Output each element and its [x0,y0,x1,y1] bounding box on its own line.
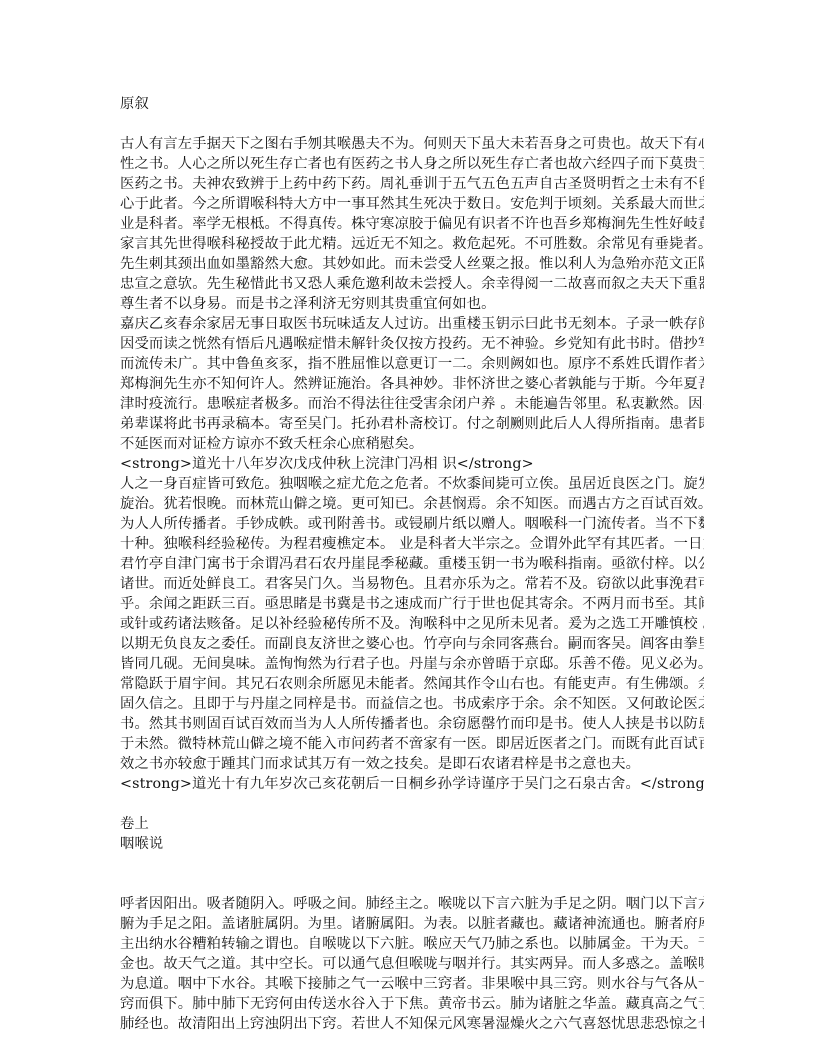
text-line: 不延医而对证检方谅亦不致夭枉余心庶稍慰矣。 [120,434,704,454]
text-line: 肺经也。故清阳出上窍浊阴出下窍。若世人不知保元风寒暑湿燥火之六气喜怒忧思悲恐惊之… [120,1014,704,1034]
text-line: 君竹亭自津门寓书于余谓冯君石农丹崖昆季秘藏。重楼玉钥一书为喉科指南。亟欲付梓。以… [120,554,704,574]
second-preface-paragraph: 人之一身百症皆可致危。独咽喉之症尤危之危者。不炊黍间毙可立俟。虽居近良医之门。旋… [120,474,704,774]
text-line: 业是科者。率学无根柢。不得真传。株守寒凉胶于偏见有识者不许也吾乡郑梅涧先生性好岐… [120,214,704,234]
text-line: 忠宣之意欤。先生秘惜此书又恐人乘危邀利故未尝授人。余幸得阅一二故喜而叙之夫天下重… [120,274,704,294]
text-line: 先生刺其颈出血如墨豁然大愈。其妙如此。而未尝受人丝粟之报。惟以利人为急殆亦范文正… [120,254,704,274]
text-line: 固久信之。且即于与丹崖之同梓是书。而益信之也。书成索序于余。余不知医。又何敢论医… [120,694,704,714]
text-line: 常隐跃于眉宇间。其兄石农则余所愿见未能者。然闻其作令山右也。有能吏声。有生佛颂。… [120,674,704,694]
spacer [120,794,704,814]
text-line: 腑为手足之阳。盖诸脏属阴。为里。诸腑属阳。为表。以脏者藏也。藏诸神流通也。腑者府… [120,914,704,934]
text-line: 古人有言左手据天下之图右手刎其喉愚夫不为。何则天下虽大未若吾身之可贵也。故天下有… [120,134,704,154]
text-line: 家言其先世得喉科秘授故于此尤精。远近无不知之。救危起死。不可胜数。余常见有垂毙者… [120,234,704,254]
text-line: 旋治。犹若恨晚。而林荒山僻之境。更可知已。余甚悯焉。余不知医。而遇古方之百试百效… [120,494,704,514]
text-line: 心于此者。今之所谓喉科特大方中一事耳然其生死决于数日。安危判于顷刻。关系最大而世… [120,194,704,214]
text-line: 津时疫流行。患喉症者极多。而治不得法往往受害余闭户养 。未能遍告邻里。私衷歉然。… [120,394,704,414]
text-line: 乎。余闻之距跃三百。亟思睹是书冀是书之速成而广行于世也促其寄余。不两月而书至。其… [120,594,704,614]
text-line: 郑梅涧先生亦不知何许人。然辨证施治。各具神妙。非怀济世之婆心者孰能与于斯。今年夏… [120,374,704,394]
text-line: 性之书。人心之所以死生存亡者也有医药之书人身之所以死生存亡者也故六经四子而下莫贵… [120,154,704,174]
text-line: 嘉庆乙亥春余家居无事日取医书玩味适友人过访。出重楼玉钥示曰此书无刻本。子录一帙存… [120,314,704,334]
text-line: 金也。故天气之道。其中空长。可以通气息但喉咙与咽并行。其实两异。而人多惑之。盖喉… [120,954,704,974]
text-line: 诸世。而近处鲜良工。君客吴门久。当易物色。且君亦乐为之。常若不及。窃欲以此事浼君… [120,574,704,594]
preface-paragraph: 古人有言左手据天下之图右手刎其喉愚夫不为。何则天下虽大未若吾身之可贵也。故天下有… [120,134,704,454]
text-line: 或针或药诸法赅备。足以补经验秘传所不及。洵喉科中之见所未见者。爰为之选工开雕慎校… [120,614,704,634]
text-line: 十种。独喉科经验秘传。为程君瘦樵定本。 业是科者大半宗之。佥谓外此罕有其匹者。一… [120,534,704,554]
chapter-paragraph: 呼者因阳出。吸者随阴入。呼吸之间。肺经主之。喉咙以下言六脏为手足之阴。咽门以下言… [120,894,704,1034]
text-line: 窍而俱下。肺中肺下无窍何由传送水谷入于下焦。黄帝书云。肺为诸脏之华盖。藏真高之气… [120,994,704,1014]
text-line: 因受而读之恍然有悟后凡遇喉症惜未解针灸仅按方投药。无不神验。乡党知有此书时。借抄… [120,334,704,354]
text-line: 呼者因阳出。吸者随阴入。呼吸之间。肺经主之。喉咙以下言六脏为手足之阴。咽门以下言… [120,894,704,914]
preface-title: 原叙 [120,94,704,114]
spacer [120,114,704,134]
text-line: 书。然其书则固百试百效而当为人人所传播者也。余窃愿罄竹而印是书。使人人挟是书以防… [120,714,704,734]
volume-title: 卷上 [120,814,704,834]
text-line: 效之书亦较愈于踵其门而求试其万有一效之技矣。是即石农诸君梓是书之意也夫。 [120,754,704,774]
signature-line: <strong>道光十有九年岁次己亥花朝后一日桐乡孙学诗谨序于吴门之石泉古舍。<… [120,774,704,794]
signature-line: <strong>道光十八年岁次戊戌仲秋上浣津门冯相 识</strong> [120,454,704,474]
text-line: 而流传未广。其中鲁鱼亥豕，指不胜屈惟以意更订一二。余则阙如也。原序不系姓氏谓作者… [120,354,704,374]
document-page: 原叙 古人有言左手据天下之图右手刎其喉愚夫不为。何则天下虽大未若吾身之可贵也。故… [120,94,704,1034]
chapter-title: 咽喉说 [120,834,704,854]
text-line: 医药之书。夫神农致辨于上药中药下药。周礼垂训于五气五色五声自古圣贤明哲之士未有不… [120,174,704,194]
text-line: 以期无负良友之委任。而副良友济世之婆心也。竹亭向与余同客燕台。嗣而客吴。阊客由拳… [120,634,704,654]
text-line: 皆同几砚。无间臭味。盖恂恂然为行君子也。丹崖与余亦曾晤于京邸。乐善不倦。见义必为… [120,654,704,674]
text-line: 为人人所传播者。手钞成帙。或刊附善书。或锓刷片纸以赠人。咽喉科一门流传者。当不下… [120,514,704,534]
text-line: 于未然。微特林荒山僻之境不能入市问药者不啻家有一医。即居近医者之门。而既有此百试… [120,734,704,754]
text-line: 人之一身百症皆可致危。独咽喉之症尤危之危者。不炊黍间毙可立俟。虽居近良医之门。旋… [120,474,704,494]
text-line: 尊生者不以身易。而是书之泽利济无穷则其贵重宜何如也。 [120,294,704,314]
spacer [120,854,704,894]
text-line: 弟辈谋将此书再录稿本。寄至吴门。托孙君朴斋校订。付之剞劂则此后人人得所指南。患者… [120,414,704,434]
text-line: 主出纳水谷糟粕转输之谓也。自喉咙以下六脏。喉应天气乃肺之系也。以肺属金。干为天。… [120,934,704,954]
text-line: 为息道。咽中下水谷。其喉下接肺之气一云喉中三窍者。非果喉中具三窍。则水谷与气各从… [120,974,704,994]
